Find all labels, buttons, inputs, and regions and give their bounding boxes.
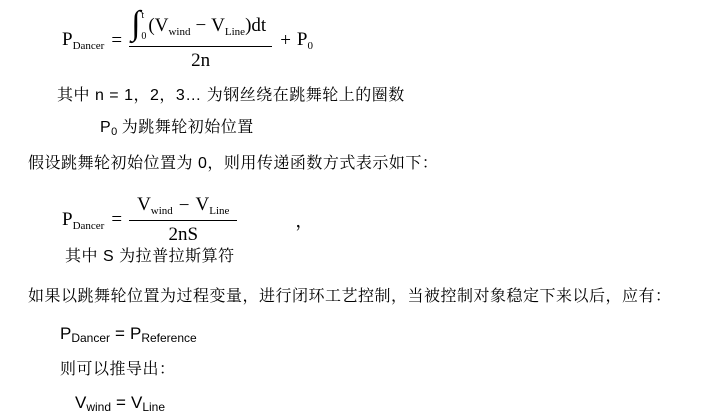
eq2-v-line: VLine <box>196 194 230 217</box>
eq1-close-dt: )dt <box>245 15 266 37</box>
eq2-v-wind: Vwind <box>137 194 173 217</box>
line-assumption: 假设跳舞轮初始位置为 0，则用传递函数方式表示如下： <box>28 153 438 175</box>
eq4-equals-sign: = <box>116 393 126 412</box>
eq1-numerator: ∫ t 0 ( Vwind − VLine )dt <box>129 9 272 47</box>
equation-dancer-reference: PDancer=PReference <box>60 324 197 345</box>
equation-velocity-equality: Vwind=VLine <box>75 393 165 414</box>
equation-dancer-transfer: PDancer = Vwind − VLine 2nS ， <box>62 194 313 246</box>
eq1-denominator: 2n <box>191 47 210 72</box>
eq1-v-line: VLine <box>211 15 245 38</box>
eq2-fraction: Vwind − VLine 2nS <box>129 194 237 246</box>
p0-variable: P0 <box>100 119 118 136</box>
eq2-lhs-subscript: Dancer <box>73 220 105 232</box>
integral-upper-limit: t <box>141 11 146 21</box>
eq1-minus-sign: − <box>195 15 206 37</box>
integral-icon: ∫ <box>131 9 140 43</box>
eq2-denominator: 2nS <box>168 221 198 246</box>
integral-lower-limit: 0 <box>141 32 146 42</box>
line-s-definition: 其中 S 为拉普拉斯算符 <box>65 246 235 268</box>
line-control-condition: 如果以跳舞轮位置为过程变量，进行闭环工艺控制，当被控制对象稳定下来以后，应有： <box>28 286 672 308</box>
document-page: PDancer = ∫ t 0 ( Vwind − VLine )dt 2n +… <box>0 0 701 418</box>
eq4-lhs: Vwind <box>75 393 111 412</box>
eq3-lhs: PDancer <box>60 324 110 343</box>
eq1-equals-sign: = <box>111 30 122 52</box>
eq4-rhs: VLine <box>131 393 165 412</box>
eq1-lhs: PDancer <box>62 29 104 52</box>
eq1-fraction: ∫ t 0 ( Vwind − VLine )dt 2n <box>129 9 272 72</box>
eq2-minus-sign: − <box>179 195 190 217</box>
eq1-plus-sign: + <box>280 30 291 52</box>
eq2-equals-sign: = <box>111 209 122 231</box>
eq1-v-wind: Vwind <box>155 15 191 38</box>
eq3-rhs: PReference <box>130 324 197 343</box>
integral-limits: t 0 <box>140 9 146 43</box>
integral-symbol-group: ∫ t 0 <box>131 9 146 43</box>
line-n-definition: 其中 n = 1，2，3… 为钢丝绕在跳舞轮上的圈数 <box>57 85 405 107</box>
eq2-lhs: PDancer <box>62 209 104 232</box>
equation-dancer-integral: PDancer = ∫ t 0 ( Vwind − VLine )dt 2n +… <box>62 9 313 72</box>
p0-definition-text: 为跳舞轮初始位置 <box>122 119 254 136</box>
eq1-lhs-subscript: Dancer <box>73 40 105 52</box>
eq3-equals-sign: = <box>115 324 125 343</box>
eq1-initial-position: P0 <box>297 29 313 52</box>
line-p0-definition: P0为跳舞轮初始位置 <box>100 117 254 143</box>
line-derive: 则可以推导出： <box>60 359 176 381</box>
eq2-numerator: Vwind − VLine <box>129 194 237 221</box>
eq2-trailing-comma: ， <box>295 207 313 233</box>
